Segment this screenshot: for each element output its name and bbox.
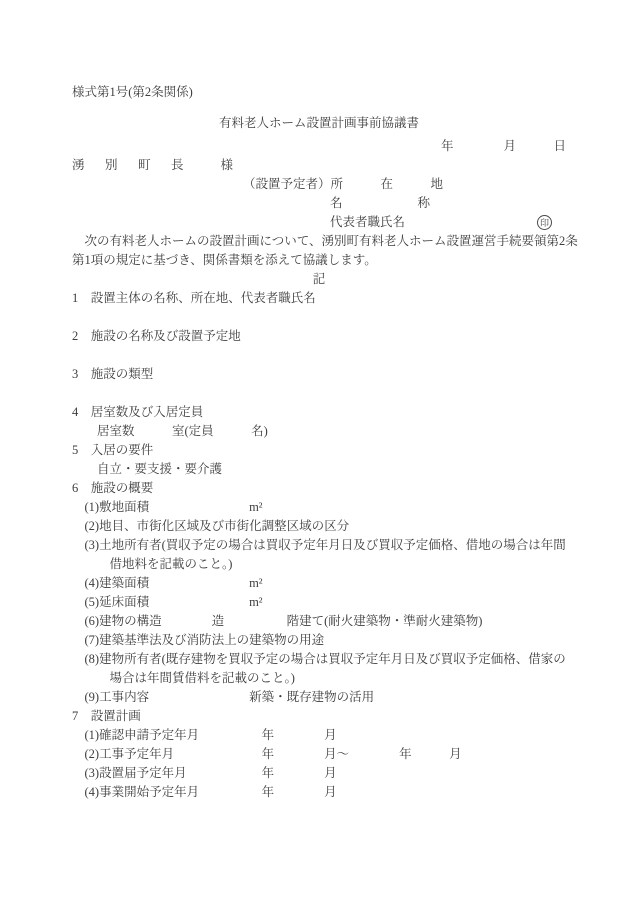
- applicant-name-line: 名 称: [330, 194, 566, 213]
- form-body-line: 6 施設の概要: [72, 479, 566, 498]
- intro-paragraph-line-2: 第1項の規定に基づき、関係書類を添えて協議します。: [72, 251, 566, 270]
- form-body-line: (8)建物所有者(既存建物を買収予定の場合は買収予定年月日及び買収予定価格、借家…: [72, 650, 566, 669]
- form-body-line: 居室数 室(定員 名): [72, 422, 566, 441]
- form-body-line: 借地料を記載のこと。): [72, 555, 566, 574]
- form-body-line: (9)工事内容 新築・既存建物の活用: [72, 688, 566, 707]
- document-title: 有料老人ホーム設置計画事前協議書: [72, 114, 566, 133]
- form-body-line: [72, 346, 566, 365]
- date-line: 年 月 日: [72, 137, 566, 156]
- form-body-line: (1)確認申請予定年月 年 月: [72, 726, 566, 745]
- form-body-line: (7)建築基準法及び消防法上の建築物の用途: [72, 631, 566, 650]
- form-body-line: (6)建物の構造 造 階建て(耐火建築物・準耐火建築物): [72, 612, 566, 631]
- form-number: 様式第1号(第2条関係): [72, 83, 566, 102]
- form-body-line: 2 施設の名称及び設置予定地: [72, 327, 566, 346]
- intro-paragraph-line-1: 次の有料老人ホームの設置計画について、湧別町有料老人ホーム設置運営手続要領第2条: [72, 232, 566, 251]
- form-body-line: 場合は年間賃借料を記載のこと。): [72, 669, 566, 688]
- seal-icon: 印: [537, 215, 552, 230]
- form-body-line: (5)延床面積 m²: [72, 593, 566, 612]
- form-body-line: (4)事業開始予定年月 年 月: [72, 783, 566, 802]
- form-body-line: (1)敷地面積 m²: [72, 498, 566, 517]
- form-body-line: (4)建築面積 m²: [72, 574, 566, 593]
- form-body-line: 自立・要支援・要介護: [72, 460, 566, 479]
- form-body-line: 7 設置計画: [72, 707, 566, 726]
- ki-label: 記: [72, 270, 566, 289]
- form-body-line: 1 設置主体の名称、所在地、代表者職氏名: [72, 289, 566, 308]
- form-body-line: 4 居室数及び入居定員: [72, 403, 566, 422]
- applicant-address-line: （設置予定者）所 在 地: [243, 175, 566, 194]
- form-body-line: (3)設置届予定年月 年 月: [72, 764, 566, 783]
- document-page: 様式第1号(第2条関係) 有料老人ホーム設置計画事前協議書 年 月 日 湧 別 …: [0, 0, 630, 915]
- form-body-line: [72, 384, 566, 403]
- form-body-line: [72, 308, 566, 327]
- form-body-line: 3 施設の類型: [72, 365, 566, 384]
- form-body-line: 5 入居の要件: [72, 441, 566, 460]
- applicant-representative-line: 代表者職氏名: [330, 213, 566, 232]
- form-body-line: (2)工事予定年月 年 月～ 年 月: [72, 745, 566, 764]
- addressee: 湧 別 町 長 様: [72, 156, 566, 175]
- form-body-line: (2)地目、市街化区域及び市街化調整区域の区分: [72, 517, 566, 536]
- form-body-line: (3)土地所有者(買収予定の場合は買収予定年月日及び買収予定価格、借地の場合は年…: [72, 536, 566, 555]
